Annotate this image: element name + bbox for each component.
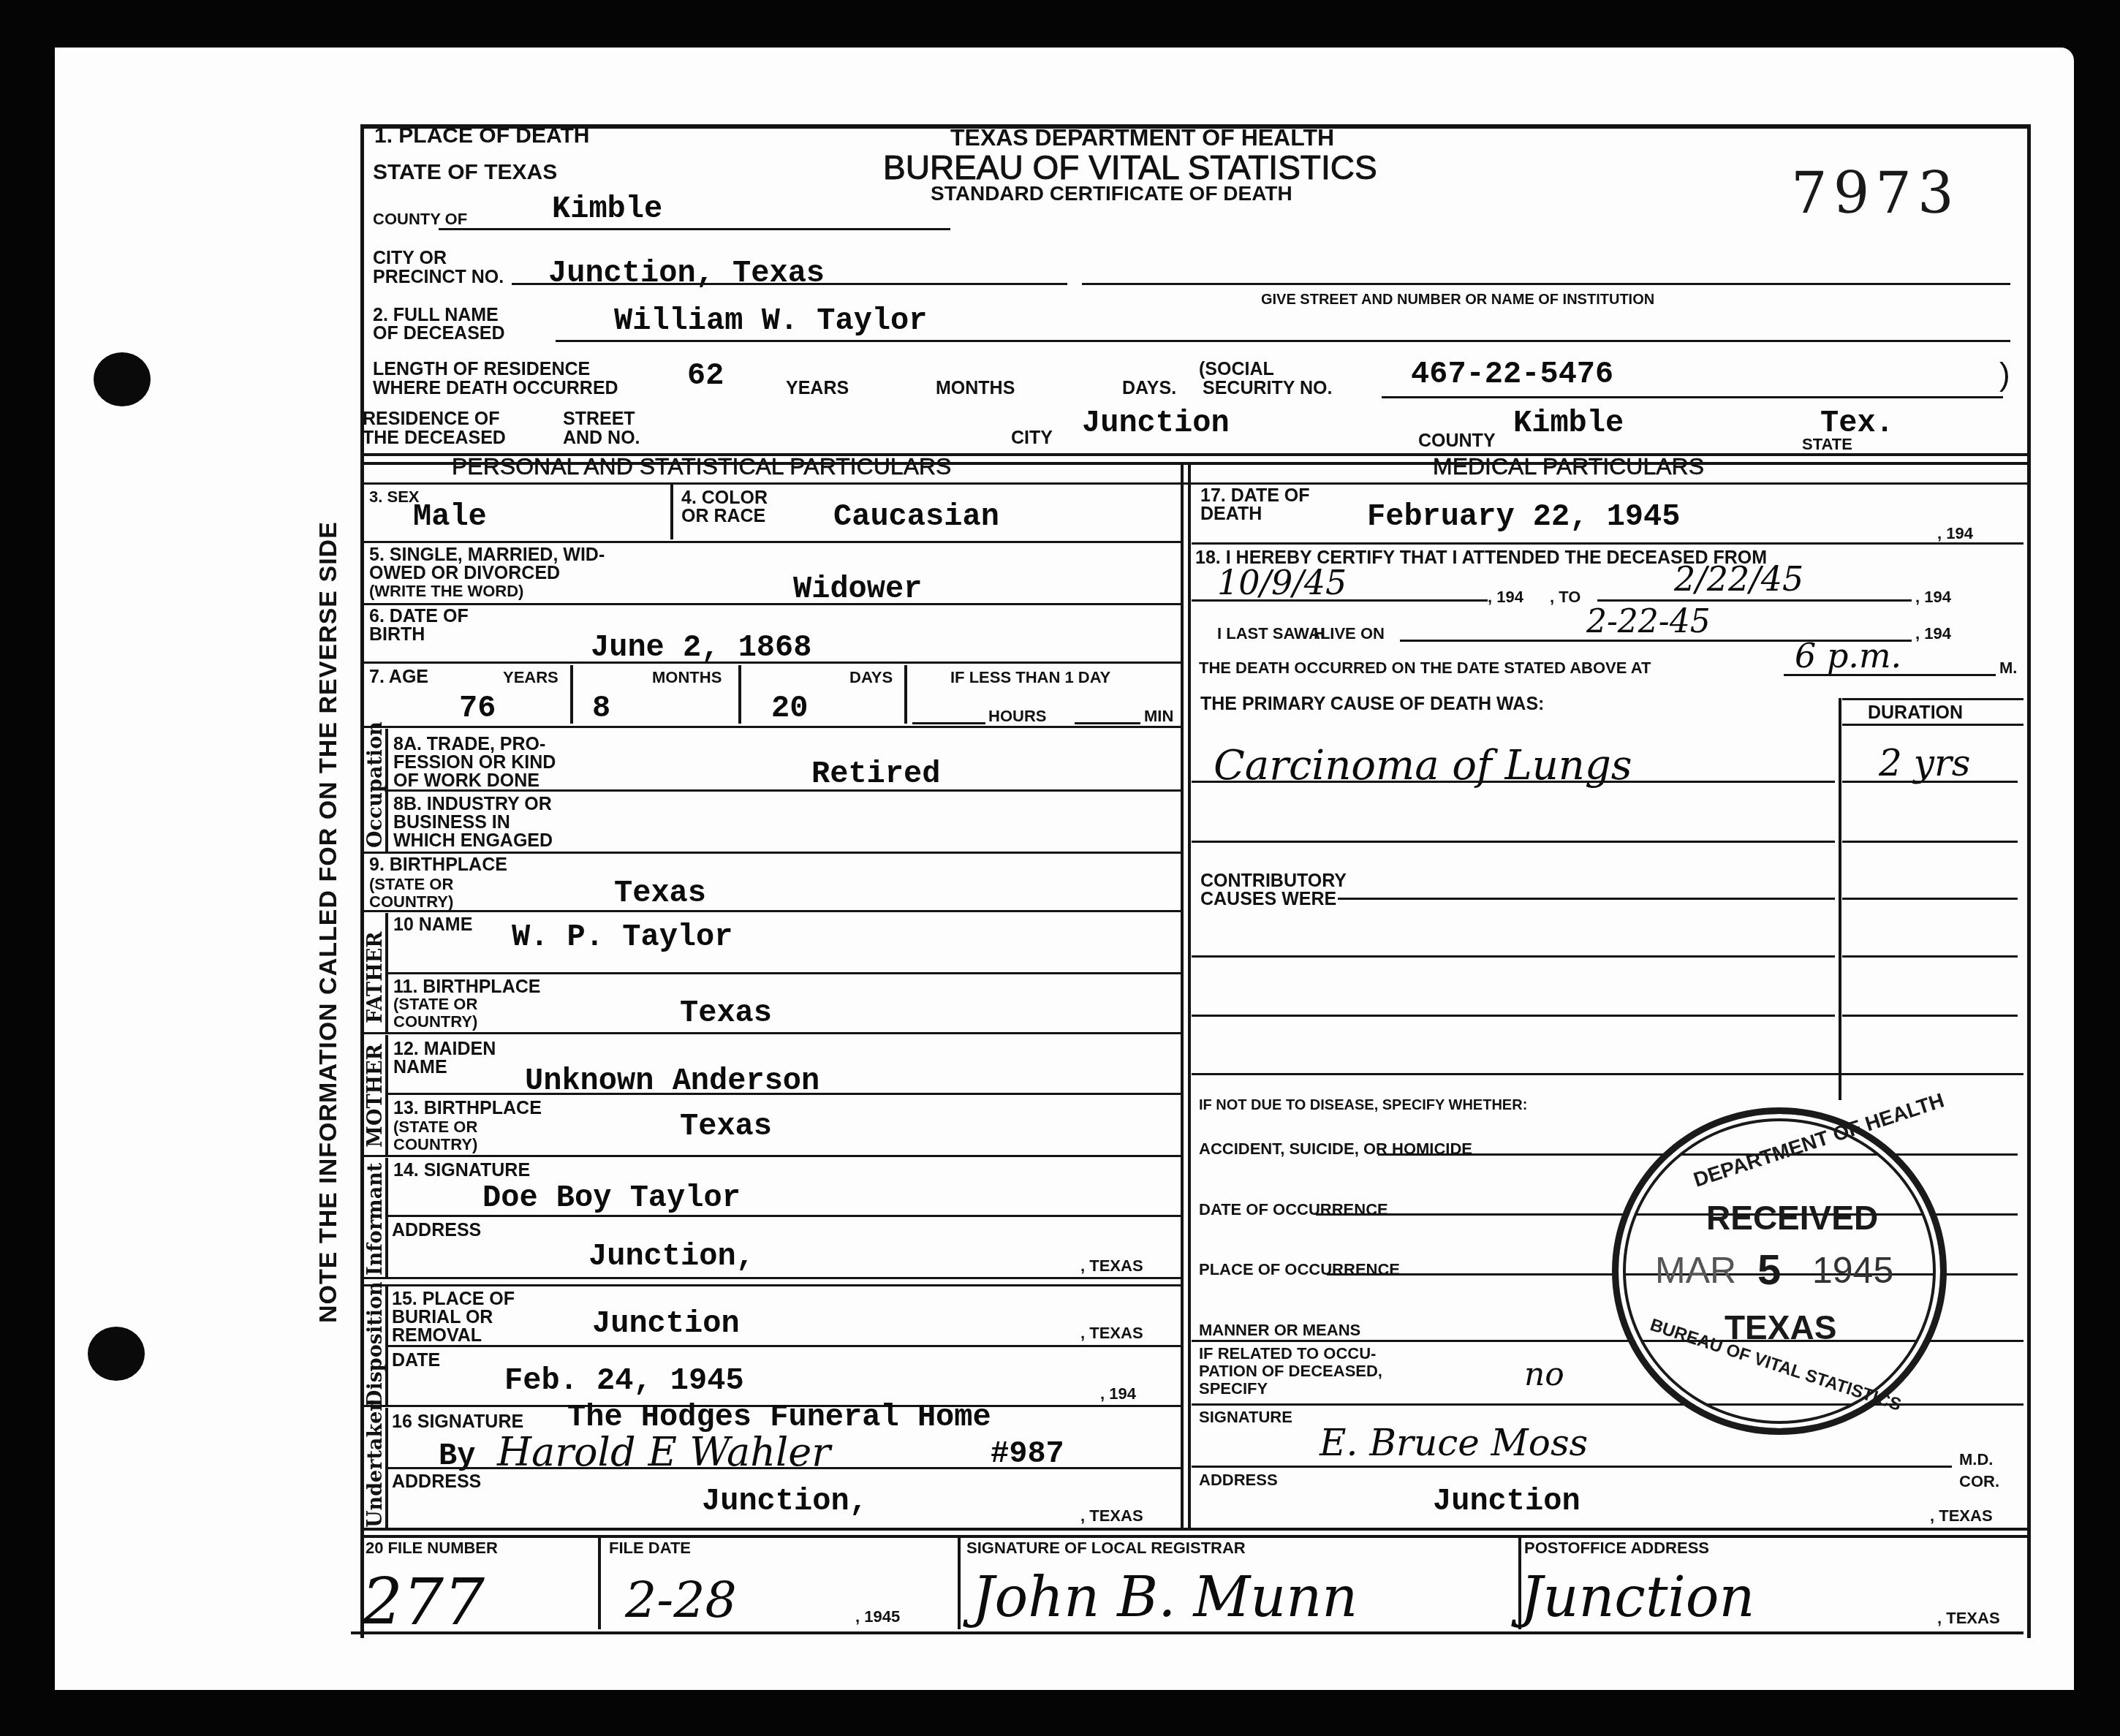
cause-line-2: [1192, 841, 1835, 843]
file-number-value: 277: [362, 1564, 485, 1640]
undertaker-address-label: ADDRESS: [392, 1472, 481, 1491]
row-rule-16: [387, 1467, 1181, 1469]
father-birthplace-label-2: (STATE OR: [393, 996, 477, 1012]
disposition-caption: Disposition: [364, 1281, 387, 1407]
row-rule-12: [387, 1093, 1181, 1095]
father-birthplace-value: Texas: [680, 996, 772, 1031]
residence-label-2: THE DECEASED: [363, 428, 506, 447]
street-label-1: STREET: [563, 409, 635, 428]
age-min-label: MIN: [1144, 708, 1173, 724]
row-rule-informant-a: [360, 1277, 1181, 1279]
informant-address-label: ADDRESS: [392, 1221, 481, 1240]
row-rule-3: [360, 541, 1181, 543]
last-saw-year: , 194: [1915, 625, 1951, 642]
column-divider-b: [1188, 462, 1191, 1529]
primary-cause-duration: 2 yrs: [1879, 742, 1971, 784]
row-rule-17: [1192, 542, 2024, 545]
race-label-2: OR RACE: [681, 507, 765, 526]
city-label-2: PRECINCT NO.: [373, 268, 504, 287]
burial-date-suffix: , 194: [1100, 1385, 1136, 1402]
industry-label-2: BUSINESS IN: [393, 813, 510, 832]
physician-state-label: , TEXAS: [1930, 1507, 1993, 1524]
row-rule-15: [387, 1345, 1181, 1347]
row-rule-13: [360, 1155, 1181, 1157]
occupation-related-label-1: IF RELATED TO OCCU-: [1199, 1345, 1376, 1362]
section-title-rule: [360, 482, 2027, 485]
received-stamp: DEPARTMENT OF HEALTH RECEIVED MAR 5 1945…: [1612, 1107, 1947, 1435]
informant-signature-label: 14. SIGNATURE: [393, 1161, 530, 1180]
physician-signature-line: [1192, 1466, 1952, 1468]
father-birthplace-label-3: COUNTRY): [393, 1013, 477, 1030]
department-title: TEXAS DEPARTMENT OF HEALTH: [950, 126, 1334, 151]
row-rule-9: [360, 910, 1181, 912]
city-line-b: [1082, 283, 2010, 285]
file-number-label: 20 FILE NUMBER: [366, 1539, 498, 1556]
ssn-close-paren: ): [1999, 358, 2010, 392]
stamp-day: 5: [1757, 1246, 1781, 1295]
form-title: STANDARD CERTIFICATE OF DEATH: [931, 183, 1292, 204]
attended-from-year: , 194: [1488, 588, 1523, 605]
residence-length-label-2: WHERE DEATH OCCURRED: [373, 379, 618, 398]
row-rule-6: [360, 662, 1181, 664]
informant-state-label: , TEXAS: [1080, 1257, 1143, 1274]
sex-value: Male: [413, 499, 487, 534]
row-rule-5: [360, 603, 1181, 605]
mother-birthplace-value: Texas: [680, 1109, 772, 1144]
row-rule-8b: [360, 852, 1181, 854]
dob-value: June 2, 1868: [591, 630, 811, 665]
ssn-label-1: (SOCIAL: [1199, 360, 1274, 379]
hours-line: [912, 722, 985, 724]
duration-line-3: [1842, 898, 2018, 900]
death-date-label-2: DEATH: [1200, 504, 1262, 523]
duration-divider: [1839, 698, 1841, 1100]
row-rule-11: [360, 1032, 1181, 1034]
sex-race-divider: [670, 485, 673, 539]
bureau-title: BUREAU OF VITAL STATISTICS: [883, 150, 1377, 185]
ssn-label-2: SECURITY NO.: [1203, 379, 1332, 398]
undertaker-caption: Undertaker: [364, 1400, 387, 1528]
ssn-value: 467-22-5476: [1411, 357, 1613, 392]
not-disease-label: IF NOT DUE TO DISEASE, SPECIFY WHETHER:: [1199, 1098, 1527, 1113]
burial-label-1: 15. PLACE OF: [392, 1289, 515, 1308]
trade-label-3: OF WORK DONE: [393, 771, 540, 790]
death-date-label-1: 17. DATE OF: [1200, 486, 1310, 505]
father-name-value: W. P. Taylor: [512, 920, 732, 955]
attended-to-label: , TO: [1550, 588, 1580, 605]
certificate-number: 7973: [1791, 161, 1960, 227]
stamp-year: 1945: [1812, 1249, 1893, 1292]
race-value: Caucasian: [833, 499, 999, 534]
city-label-1: CITY OR: [373, 249, 447, 268]
county-line: [439, 228, 950, 230]
row-rule-8a: [387, 789, 1181, 792]
contributory-line-3: [1192, 1015, 1835, 1017]
duration-header-rule: [1842, 724, 2024, 726]
burial-label-3: REMOVAL: [392, 1326, 482, 1345]
age-months-value: 8: [592, 691, 610, 726]
physician-address-value: Junction: [1433, 1484, 1580, 1519]
row-rule-10: [387, 972, 1181, 974]
father-name-label: 10 NAME: [393, 915, 472, 934]
duration-top-rule: [1842, 698, 2024, 700]
occupation-related-label-3: SPECIFY: [1199, 1380, 1268, 1397]
industry-label-1: 8B. INDUSTRY OR: [393, 795, 552, 814]
residence-label-1: RESIDENCE OF: [363, 409, 500, 428]
mother-caption: MOTHER: [364, 1044, 387, 1148]
industry-label-3: WHICH ENGAGED: [393, 831, 553, 850]
postoffice-state: , TEXAS: [1937, 1610, 2000, 1626]
death-time-suffix: M.: [1999, 659, 2017, 676]
marital-label-1: 5. SINGLE, MARRIED, WID-: [369, 545, 605, 564]
occupation-related-label-2: PATION OF DECEASED,: [1199, 1362, 1382, 1379]
burial-date-label: DATE: [392, 1351, 440, 1370]
filing-rule-2: [360, 1535, 2027, 1538]
county-of-label: COUNTY OF: [373, 211, 467, 227]
dob-label-2: BIRTH: [369, 625, 425, 644]
age-label: 7. AGE: [369, 667, 428, 686]
years-label: YEARS: [786, 379, 849, 398]
birthplace-label-3: COUNTRY): [369, 893, 453, 910]
days-label: DAYS.: [1122, 379, 1176, 398]
postoffice-label: POSTOFFICE ADDRESS: [1524, 1539, 1709, 1556]
filing-divider-2: [958, 1538, 961, 1629]
occupation-caption: Occupation: [364, 721, 387, 848]
physician-address-label: ADDRESS: [1199, 1471, 1278, 1488]
stamp-month: MAR: [1655, 1249, 1736, 1292]
trade-label-2: FESSION OR KIND: [393, 753, 556, 772]
death-date-suffix: , 194: [1937, 525, 1973, 542]
cor-label: COR.: [1959, 1473, 1999, 1490]
registrar-signature: John B. Munn: [972, 1564, 1358, 1629]
attended-to-line: [1597, 599, 1912, 602]
registrar-label: SIGNATURE OF LOCAL REGISTRAR: [966, 1539, 1246, 1556]
dob-label-1: 6. DATE OF: [369, 607, 469, 626]
residence-length-label-1: LENGTH OF RESIDENCE: [373, 360, 590, 379]
file-date-label: FILE DATE: [609, 1539, 691, 1556]
sex-label: 3. SEX: [369, 488, 419, 505]
last-saw-value: 2-22-45: [1586, 603, 1711, 640]
birthplace-value: Texas: [614, 876, 706, 911]
burial-date-value: Feb. 24, 1945: [504, 1363, 744, 1398]
row-rule-informant-b: [360, 1284, 1181, 1286]
residence-county-label: COUNTY: [1418, 431, 1496, 450]
md-label: M.D.: [1959, 1451, 1993, 1468]
marital-label-3: (WRITE THE WORD): [369, 583, 523, 599]
undertaker-license-value: #987: [991, 1436, 1064, 1471]
last-saw-alive-label: ALIVE ON: [1309, 625, 1385, 642]
cause-line-1: [1192, 781, 1835, 783]
primary-cause-label: THE PRIMARY CAUSE OF DEATH WAS:: [1200, 694, 1544, 713]
contributory-label-2: CAUSES WERE: [1200, 890, 1336, 909]
marital-label-2: OWED OR DIVORCED: [369, 564, 560, 583]
attended-to-year: , 194: [1915, 588, 1951, 605]
burial-place-value: Junction: [592, 1306, 740, 1341]
city-of-death-value: Junction, Texas: [548, 256, 825, 291]
manner-label: MANNER OR MEANS: [1199, 1322, 1360, 1338]
mother-name-label-1: 12. MAIDEN: [393, 1039, 496, 1058]
physician-signature-label: SIGNATURE: [1199, 1409, 1292, 1425]
death-date-value: February 22, 1945: [1367, 499, 1680, 534]
min-line: [1075, 722, 1140, 724]
county-of-death-value: Kimble: [552, 192, 662, 227]
trade-value: Retired: [811, 757, 940, 792]
mother-birthplace-label-3: COUNTRY): [393, 1136, 477, 1153]
burial-label-2: BURIAL OR: [392, 1308, 493, 1327]
medical-section-title: MEDICAL PARTICULARS: [1433, 455, 1704, 480]
age-divider-1: [570, 665, 573, 724]
father-birthplace-label-1: 11. BIRTHPLACE: [393, 977, 540, 996]
race-label-1: 4. COLOR: [681, 488, 768, 507]
contributory-label-1: CONTRIBUTORY: [1200, 871, 1347, 890]
form-bottom-rule: [351, 1631, 2024, 1634]
residence-state-value: Tex.: [1820, 406, 1894, 441]
full-name-label-2: OF DECEASED: [373, 324, 505, 343]
contributory-line-1: [1338, 898, 1835, 900]
street-label-2: AND NO.: [563, 428, 640, 447]
duration-line-1: [1842, 781, 2018, 783]
age-divider-2: [738, 665, 741, 724]
age-divider-3: [904, 665, 907, 724]
file-date-value: 2-28: [625, 1572, 737, 1629]
residence-county-value: Kimble: [1513, 406, 1624, 441]
name-line: [556, 340, 2010, 342]
residence-city-label: CITY: [1011, 428, 1053, 447]
attended-from-line: [1192, 599, 1488, 602]
undertaker-address-value: Junction,: [702, 1484, 868, 1519]
duration-line-2: [1842, 841, 2018, 843]
death-time-value: 6 p.m.: [1795, 636, 1901, 675]
death-time-label: THE DEATH OCCURRED ON THE DATE STATED AB…: [1199, 659, 1651, 676]
birthplace-label-1: 9. BIRTHPLACE: [369, 855, 507, 874]
marital-value: Widower: [793, 572, 922, 607]
birthplace-label-2: (STATE OR: [369, 876, 453, 892]
ssn-line: [1382, 396, 2003, 398]
city-line-a: [512, 283, 1067, 285]
informant-caption: Informant: [364, 1163, 387, 1276]
stamp-state: TEXAS: [1725, 1308, 1836, 1347]
death-time-line: [1784, 674, 1996, 676]
undertaker-state-label: , TEXAS: [1080, 1507, 1143, 1524]
state-of-texas-label: STATE OF TEXAS: [373, 161, 557, 184]
occupation-related-value: no: [1524, 1356, 1564, 1393]
full-name-label-1: 2. FULL NAME: [373, 306, 499, 325]
residence-years-value: 62: [687, 358, 724, 393]
duration-label: DURATION: [1868, 703, 1963, 722]
contributory-line-4: [1192, 1073, 2024, 1075]
filing-divider-1: [598, 1538, 601, 1629]
age-days-value: 20: [771, 691, 808, 726]
trade-label-1: 8A. TRADE, PRO-: [393, 735, 545, 754]
father-caption: FATHER: [364, 931, 387, 1023]
residence-city-value: Junction: [1082, 406, 1230, 441]
informant-address-value: Junction,: [588, 1239, 754, 1274]
duration-line-4: [1842, 955, 2018, 958]
duration-line-5: [1842, 1015, 2018, 1017]
institution-hint: GIVE STREET AND NUMBER OR NAME OF INSTIT…: [1261, 292, 1654, 308]
age-less-than-day-label: IF LESS THAN 1 DAY: [950, 669, 1110, 686]
filing-rule-1: [360, 1528, 2027, 1531]
informant-signature-value: Doe Boy Taylor: [482, 1180, 741, 1216]
punch-hole-bottom: [88, 1327, 145, 1381]
stamp-status: RECEIVED: [1706, 1198, 1878, 1237]
mother-name-label-2: NAME: [393, 1058, 447, 1077]
contributory-line-2: [1192, 955, 1835, 958]
mother-birthplace-label-2: (STATE OR: [393, 1118, 477, 1135]
age-hours-label: HOURS: [988, 708, 1046, 724]
months-label: MONTHS: [936, 379, 1015, 398]
attended-to-value: 2/22/45: [1674, 559, 1803, 599]
mother-birthplace-label-1: 13. BIRTHPLACE: [393, 1099, 542, 1118]
age-years-value: 76: [459, 691, 496, 726]
postoffice-value: Junction: [1521, 1564, 1754, 1629]
age-days-label: DAYS: [849, 669, 893, 686]
place-of-death-label: 1. PLACE OF DEATH: [374, 124, 589, 148]
reverse-side-note: NOTE THE INFORMATION CALLED FOR ON THE R…: [316, 521, 342, 1323]
file-date-year: , 1945: [855, 1608, 900, 1625]
punch-hole-top: [94, 352, 151, 406]
age-years-label: YEARS: [503, 669, 559, 686]
age-months-label: MONTHS: [652, 669, 722, 686]
row-rule-7: [360, 726, 1181, 728]
attended-from-value: 10/9/45: [1217, 563, 1347, 602]
personal-section-title: PERSONAL AND STATISTICAL PARTICULARS: [452, 455, 951, 480]
physician-signature-value: E. Bruce Moss: [1320, 1422, 1588, 1464]
row-rule-14: [387, 1215, 1181, 1217]
burial-state-label: , TEXAS: [1080, 1324, 1143, 1341]
column-divider-a: [1181, 462, 1184, 1529]
deceased-name-value: William W. Taylor: [614, 303, 927, 338]
